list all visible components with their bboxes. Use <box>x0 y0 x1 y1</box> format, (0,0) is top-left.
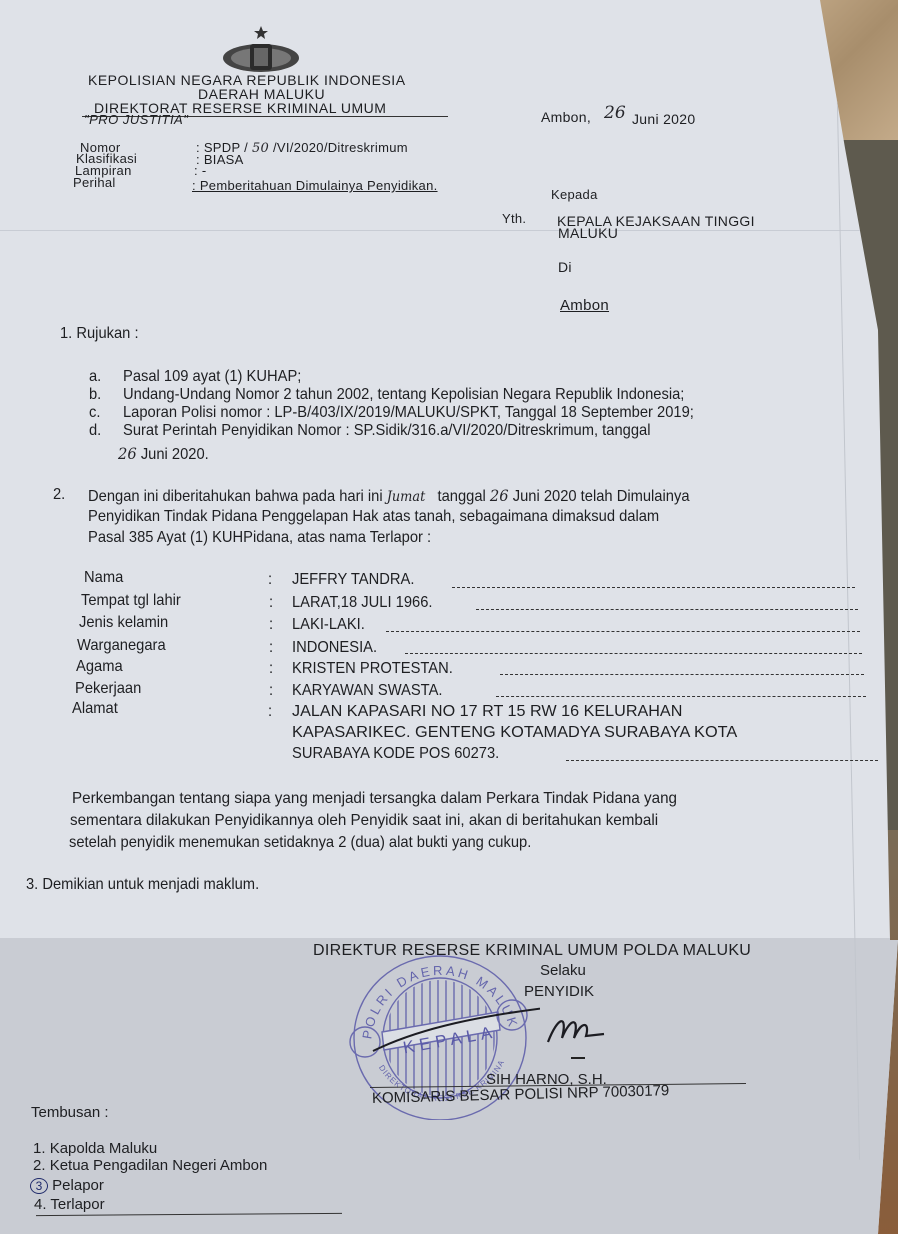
suspect-colon: : <box>269 682 273 700</box>
letter-month-year: Juni 2020 <box>632 111 695 127</box>
section-2-line1: Dengan ini diberitahukan bahwa pada hari… <box>88 486 690 506</box>
rujukan-a-marker: a. <box>89 368 101 386</box>
filler-dashes <box>566 760 878 761</box>
signature-selaku: Selaku <box>540 962 586 979</box>
suspect-colon: : <box>269 594 273 612</box>
tembusan-text: Terlapor <box>50 1196 104 1213</box>
meta-lampiran-value: : - <box>194 163 206 178</box>
suspect-label-nama: Nama <box>84 569 123 587</box>
suspect-colon: : <box>268 571 272 589</box>
section-2-line3: Pasal 385 Ayat (1) KUHPidana, atas nama … <box>88 529 431 547</box>
signature-role: PENYIDIK <box>524 983 594 1000</box>
rujukan-b-text: Undang-Undang Nomor 2 tahun 2002, tentan… <box>123 386 684 404</box>
tembusan-text: Pelapor <box>52 1177 104 1194</box>
recipient-kepada: Kepada <box>551 187 598 202</box>
suspect-value-nama: JEFFRY TANDRA. <box>292 571 414 589</box>
development-line1: Perkembangan tentang siapa yang menjadi … <box>72 790 677 808</box>
tembusan-text: Kapolda Maluku <box>50 1140 158 1157</box>
rujukan-a-text: Pasal 109 ayat (1) KUHAP; <box>123 368 301 386</box>
filler-dashes <box>452 587 855 588</box>
suspect-value-alamat-3: SURABAYA KODE POS 60273. <box>292 745 499 763</box>
section-3-closing: 3. Demikian untuk menjadi maklum. <box>26 876 259 894</box>
filler-dashes <box>476 609 858 610</box>
signature-title-text: DIREKTUR RESERSE KRIMINAL UMUM POLDA MAL… <box>313 942 751 959</box>
suspect-colon: : <box>268 703 272 721</box>
nomor-handwritten: 50 <box>252 141 269 156</box>
rujukan-c-marker: c. <box>89 404 100 422</box>
tembusan-marker: 2. <box>33 1157 46 1174</box>
section-1-heading: 1. Rujukan : <box>60 325 139 343</box>
letter-place: Ambon, <box>541 109 591 125</box>
police-emblem-icon <box>220 24 302 74</box>
rujukan-d-day-handwritten: 26 <box>118 444 137 463</box>
section-2-line2: Penyidikan Tindak Pidana Penggelapan Hak… <box>88 508 659 526</box>
suspect-value-agama: KRISTEN PROTESTAN. <box>292 660 453 678</box>
filler-dashes <box>386 631 860 632</box>
recipient-city: Ambon <box>560 297 609 314</box>
suspect-colon: : <box>269 660 273 678</box>
suspect-value-pekerjaan: KARYAWAN SWASTA. <box>292 682 442 700</box>
filler-dashes <box>405 653 862 654</box>
rujukan-c-text: Laporan Polisi nomor : LP-B/403/IX/2019/… <box>123 404 694 422</box>
suspect-value-jenis-kelamin: LAKI-LAKI. <box>292 616 365 634</box>
rujukan-d-marker: d. <box>89 422 101 440</box>
suspect-label-agama: Agama <box>76 658 123 676</box>
tembusan-item-3: 3 Pelapor <box>30 1177 104 1194</box>
suspect-value-alamat-2: KAPASARIKEC. GENTENG KOTAMADYA SURABAYA … <box>292 724 737 742</box>
tembusan-marker: 1. <box>33 1140 46 1157</box>
letter-day-handwritten: 26 <box>604 103 626 123</box>
document-paper: KEPOLISIAN NEGARA REPUBLIK INDONESIA DAE… <box>0 0 898 1234</box>
nomor-suffix: /VI/2020/Ditreskrimum <box>269 140 408 155</box>
rujukan-d-text: Surat Perintah Penyidikan Nomor : SP.Sid… <box>123 422 650 440</box>
meta-label-perihal: Perihal <box>73 175 116 190</box>
tembusan-heading: Tembusan : <box>31 1104 109 1121</box>
tembusan-item-1: 1. Kapolda Maluku <box>33 1140 157 1157</box>
section-2-month: Juni 2020 telah Dimulainya <box>513 488 690 505</box>
pro-justitia-tag: "PRO JUSTITIA" <box>84 112 188 127</box>
rujukan-d-month: Juni 2020. <box>137 446 209 463</box>
suspect-value-ttl: LARAT,18 JULI 1966. <box>292 594 432 612</box>
signature-title: DIREKTUR RESERSE KRIMINAL UMUM POLDA MAL… <box>313 942 751 960</box>
tembusan-item-2: 2. Ketua Pengadilan Negeri Ambon <box>33 1157 267 1174</box>
tembusan-marker: 4. <box>34 1196 47 1213</box>
suspect-value-alamat-1: JALAN KAPASARI NO 17 RT 15 RW 16 KELURAH… <box>292 703 682 721</box>
filler-dashes <box>496 696 866 697</box>
section-2-tanggal: tanggal <box>438 488 486 505</box>
recipient-di: Di <box>558 259 572 275</box>
suspect-label-warganegara: Warganegara <box>77 637 166 655</box>
development-line3: setelah penyidik menemukan setidaknya 2 … <box>69 834 531 852</box>
fold-line <box>0 230 880 231</box>
suspect-value-warganegara: INDONESIA. <box>292 639 377 657</box>
rujukan-d-continuation: 26 Juni 2020. <box>118 444 209 464</box>
suspect-label-jenis-kelamin: Jenis kelamin <box>79 614 168 632</box>
section-2-day-handwritten: Jumat <box>387 489 426 505</box>
suspect-colon: : <box>269 616 273 634</box>
suspect-label-pekerjaan: Pekerjaan <box>75 680 141 698</box>
section-2-intro: Dengan ini diberitahukan bahwa pada hari… <box>88 488 383 505</box>
meta-perihal-value: : Pemberitahuan Dimulainya Penyidikan. <box>192 178 438 193</box>
suspect-label-ttl: Tempat tgl lahir <box>81 592 181 610</box>
signature-dash <box>571 1057 585 1059</box>
section-2-marker: 2. <box>53 486 65 504</box>
signature-scribble-icon <box>540 1010 610 1050</box>
suspect-colon: : <box>269 639 273 657</box>
development-line2: sementara dilakukan Penyidikannya oleh P… <box>70 812 658 830</box>
recipient-yth: Yth. <box>502 211 526 226</box>
tembusan-text: Ketua Pengadilan Negeri Ambon <box>50 1157 268 1174</box>
recipient-name-line2: MALUKU <box>558 225 618 241</box>
circled-number-icon: 3 <box>30 1178 48 1194</box>
section-2-date-handwritten: 26 <box>490 486 509 505</box>
tembusan-item-4: 4. Terlapor <box>34 1196 105 1213</box>
rujukan-b-marker: b. <box>89 386 101 404</box>
filler-dashes <box>500 674 864 675</box>
suspect-label-alamat: Alamat <box>72 700 118 718</box>
